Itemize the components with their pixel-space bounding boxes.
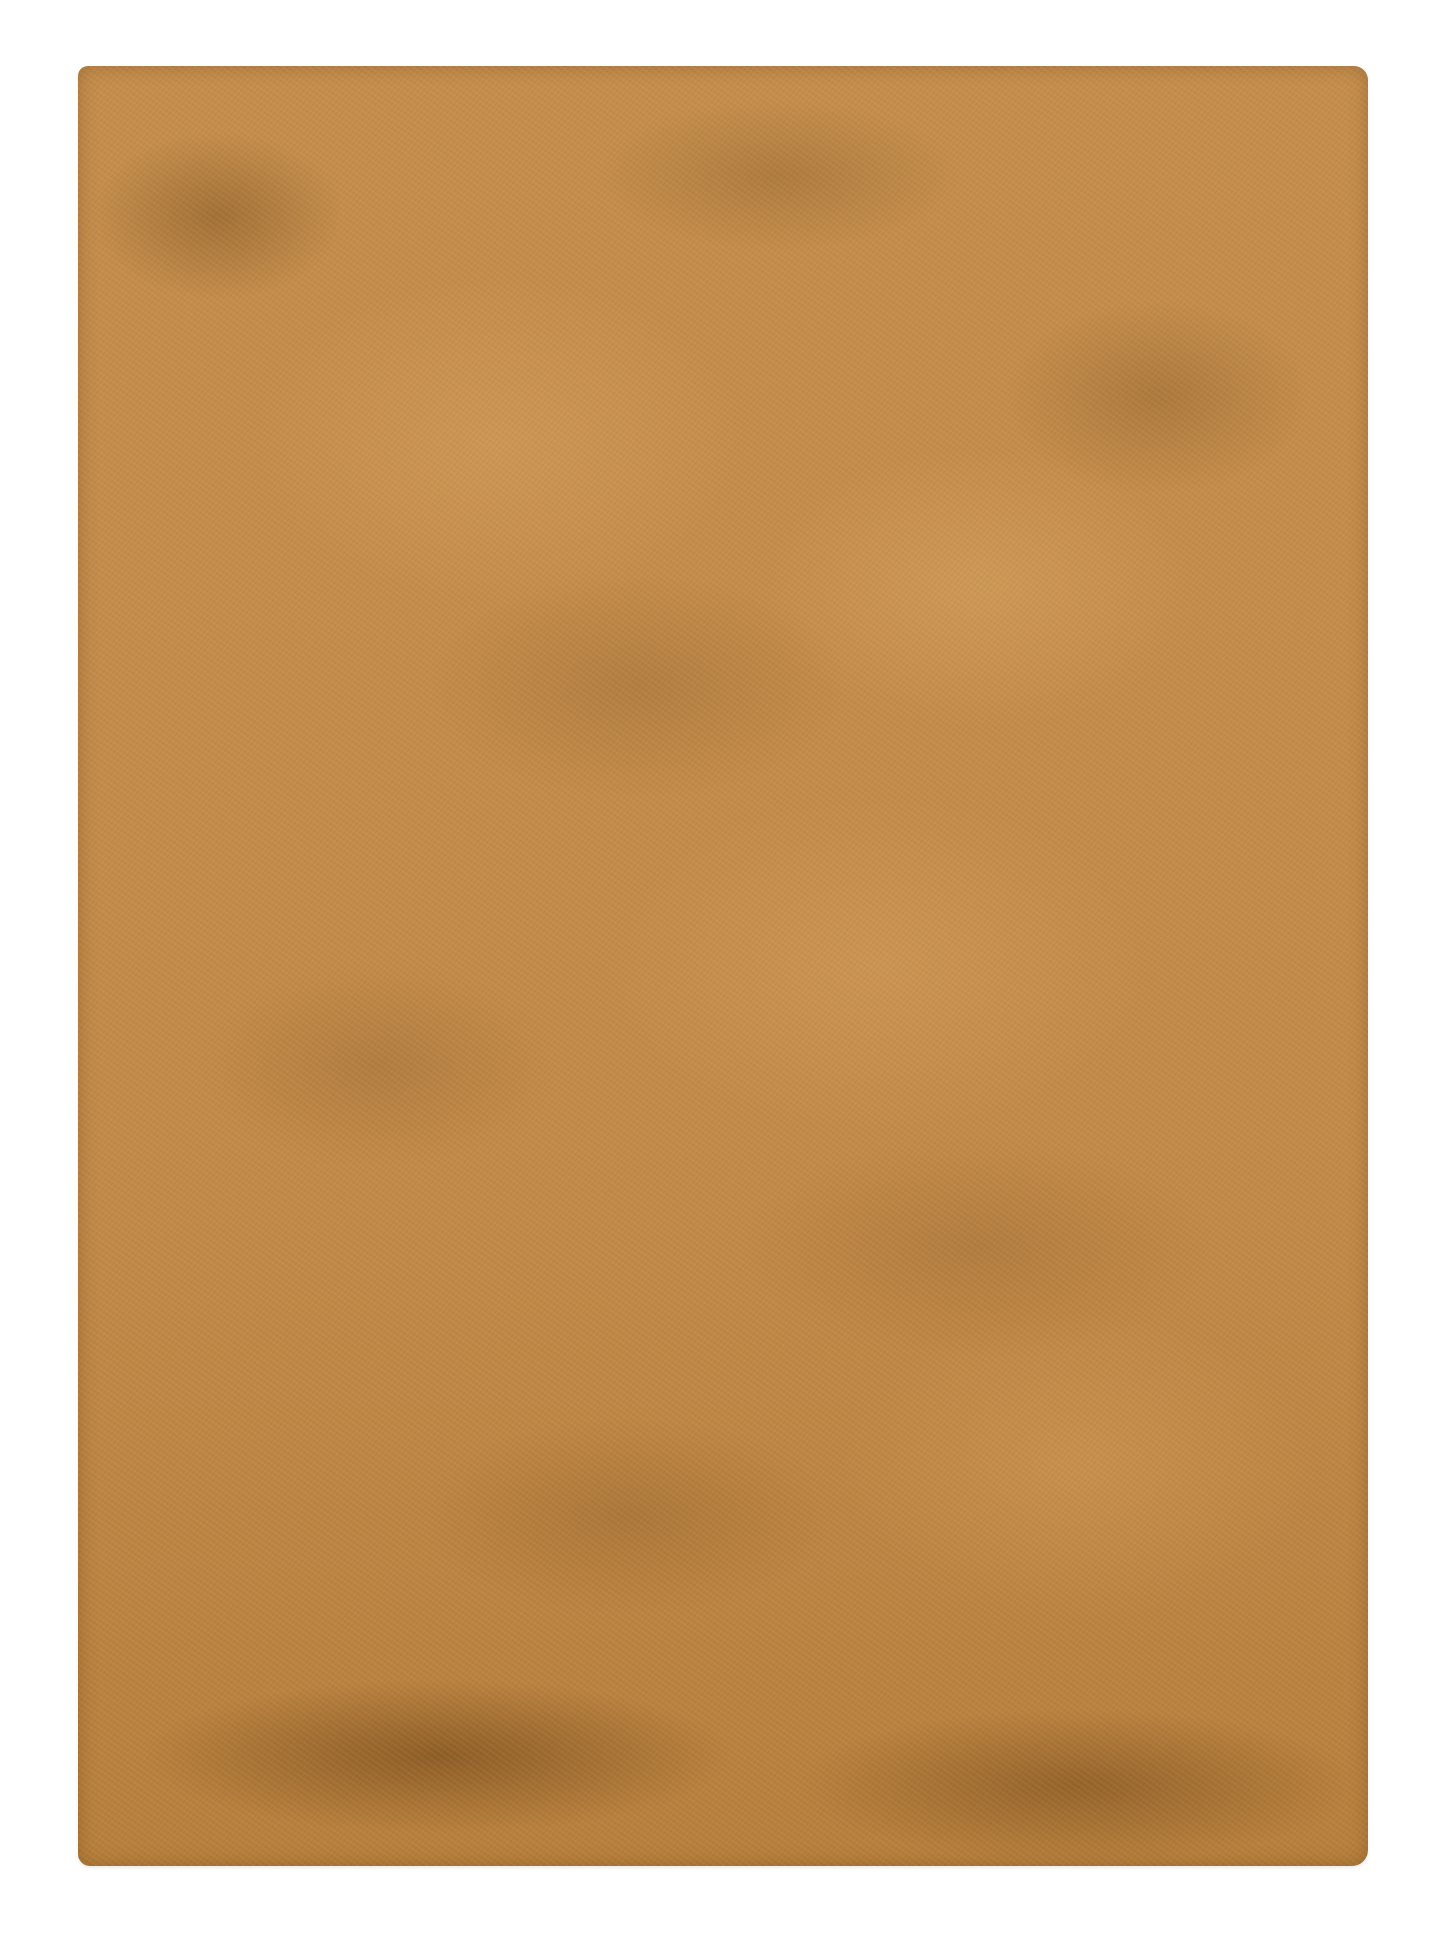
shag-rug [78, 66, 1368, 1866]
photo-background [0, 0, 1445, 1941]
